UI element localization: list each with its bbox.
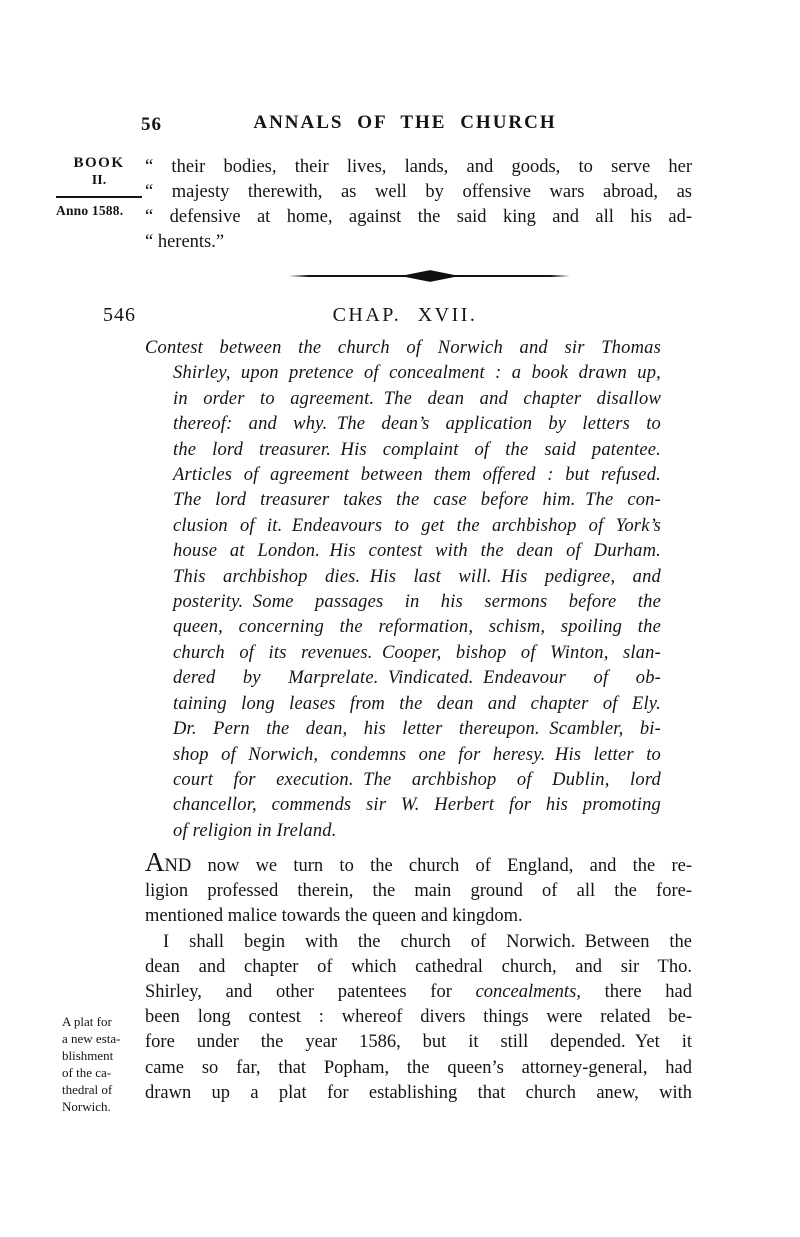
italic-text-segment: concealments,: [476, 982, 581, 1002]
text-line: Dr. Pern the dean, his letter thereupon.…: [173, 717, 661, 742]
text-segment: there had: [581, 982, 692, 1002]
chapter-heading: CHAP. XVII.: [145, 304, 665, 327]
margin-note-plat: A plat fora new esta-blishmentof the ca-…: [62, 1014, 150, 1115]
text-line: Shirley, and other patentees for conceal…: [145, 980, 692, 1005]
text-line: chancellor, commends sir W. Herbert for …: [173, 793, 661, 818]
text-line: mentioned malice towards the queen and k…: [145, 904, 692, 929]
text-line: been long contest : whereof divers thing…: [145, 1005, 692, 1030]
text-line: Norwich.: [62, 1099, 150, 1116]
text-line: posterity. Some passages in his sermons …: [173, 590, 661, 615]
text-line: thereof: and why. The dean’s application…: [173, 412, 661, 437]
text-line: This archbishop dies. His last will. His…: [173, 565, 661, 590]
book-numeral: II.: [56, 172, 142, 189]
text-line: ligion professed therein, the main groun…: [145, 879, 692, 904]
text-line: court for execution. The archbishop of D…: [173, 768, 661, 793]
text-line: fore under the year 1586, but it still d…: [145, 1030, 692, 1055]
text-line: clusion of it. Endeavours to get the arc…: [173, 514, 661, 539]
text-line: A plat for: [62, 1014, 150, 1031]
anno-label: Anno 1588.: [56, 203, 142, 219]
text-segment: Shirley, and other patentees for: [145, 982, 476, 1002]
text-line: “ their bodies, their lives, lands, and …: [145, 155, 692, 180]
body-paragraph-2: I shall begin with the church of Norwich…: [145, 930, 692, 1106]
body-paragraph-1: AND now we turn to the church of England…: [145, 850, 692, 930]
divider-diamond: [400, 270, 459, 282]
body-text: AND now we turn to the church of England…: [145, 850, 692, 1106]
text-line: queen, concerning the reformation, schis…: [173, 615, 661, 640]
section-divider: [289, 269, 570, 283]
text-line: Contest between the church of Norwich an…: [145, 336, 661, 361]
text-line: in order to agreement. The dean and chap…: [173, 387, 661, 412]
text-line: dered by Marprelate. Vindicated. Endeavo…: [173, 666, 661, 691]
section-number: 546: [103, 304, 136, 327]
chapter-summary: Contest between the church of Norwich an…: [145, 336, 661, 844]
text-line: Articles of agreement between them offer…: [173, 463, 661, 488]
text-line: blishment: [62, 1048, 150, 1065]
text-line: church of its revenues. Cooper, bishop o…: [173, 641, 661, 666]
running-title: ANNALS OF THE CHURCH: [145, 112, 665, 134]
text-line: The lord treasurer takes the case before…: [173, 488, 661, 513]
text-line: the lord treasurer. His complaint of the…: [173, 438, 661, 463]
text-line: Shirley, upon pretence of concealment : …: [173, 361, 661, 386]
text-line: dean and chapter of which cathedral chur…: [145, 955, 692, 980]
text-line: taining long leases from the dean and ch…: [173, 692, 661, 717]
text-line: came so far, that Popham, the queen’s at…: [145, 1056, 692, 1081]
text-line: a new esta-: [62, 1031, 150, 1048]
text-line: of the ca-: [62, 1065, 150, 1082]
text-line: “ defensive at home, against the said ki…: [145, 205, 692, 230]
text-line: of religion in Ireland.: [173, 819, 661, 844]
text-line: I shall begin with the church of Norwich…: [145, 930, 692, 955]
text-line: thedral of: [62, 1082, 150, 1099]
text-line: AND now we turn to the church of England…: [145, 850, 692, 879]
book-page: 56 ANNALS OF THE CHURCH BOOK II. Anno 15…: [0, 0, 800, 1237]
text-line: “ majesty therewith, as well by offensiv…: [145, 180, 692, 205]
book-label: BOOK: [56, 155, 142, 172]
quoted-passage: “ their bodies, their lives, lands, and …: [145, 155, 692, 255]
text-line: shop of Norwich, condemns one for heresy…: [173, 743, 661, 768]
text-line: drawn up a plat for establishing that ch…: [145, 1081, 692, 1106]
text-line: house at London. His contest with the de…: [173, 539, 661, 564]
text-line: “ herents.”: [145, 230, 692, 255]
margin-note-book: BOOK II. Anno 1588.: [56, 155, 142, 219]
margin-rule: [56, 196, 142, 198]
